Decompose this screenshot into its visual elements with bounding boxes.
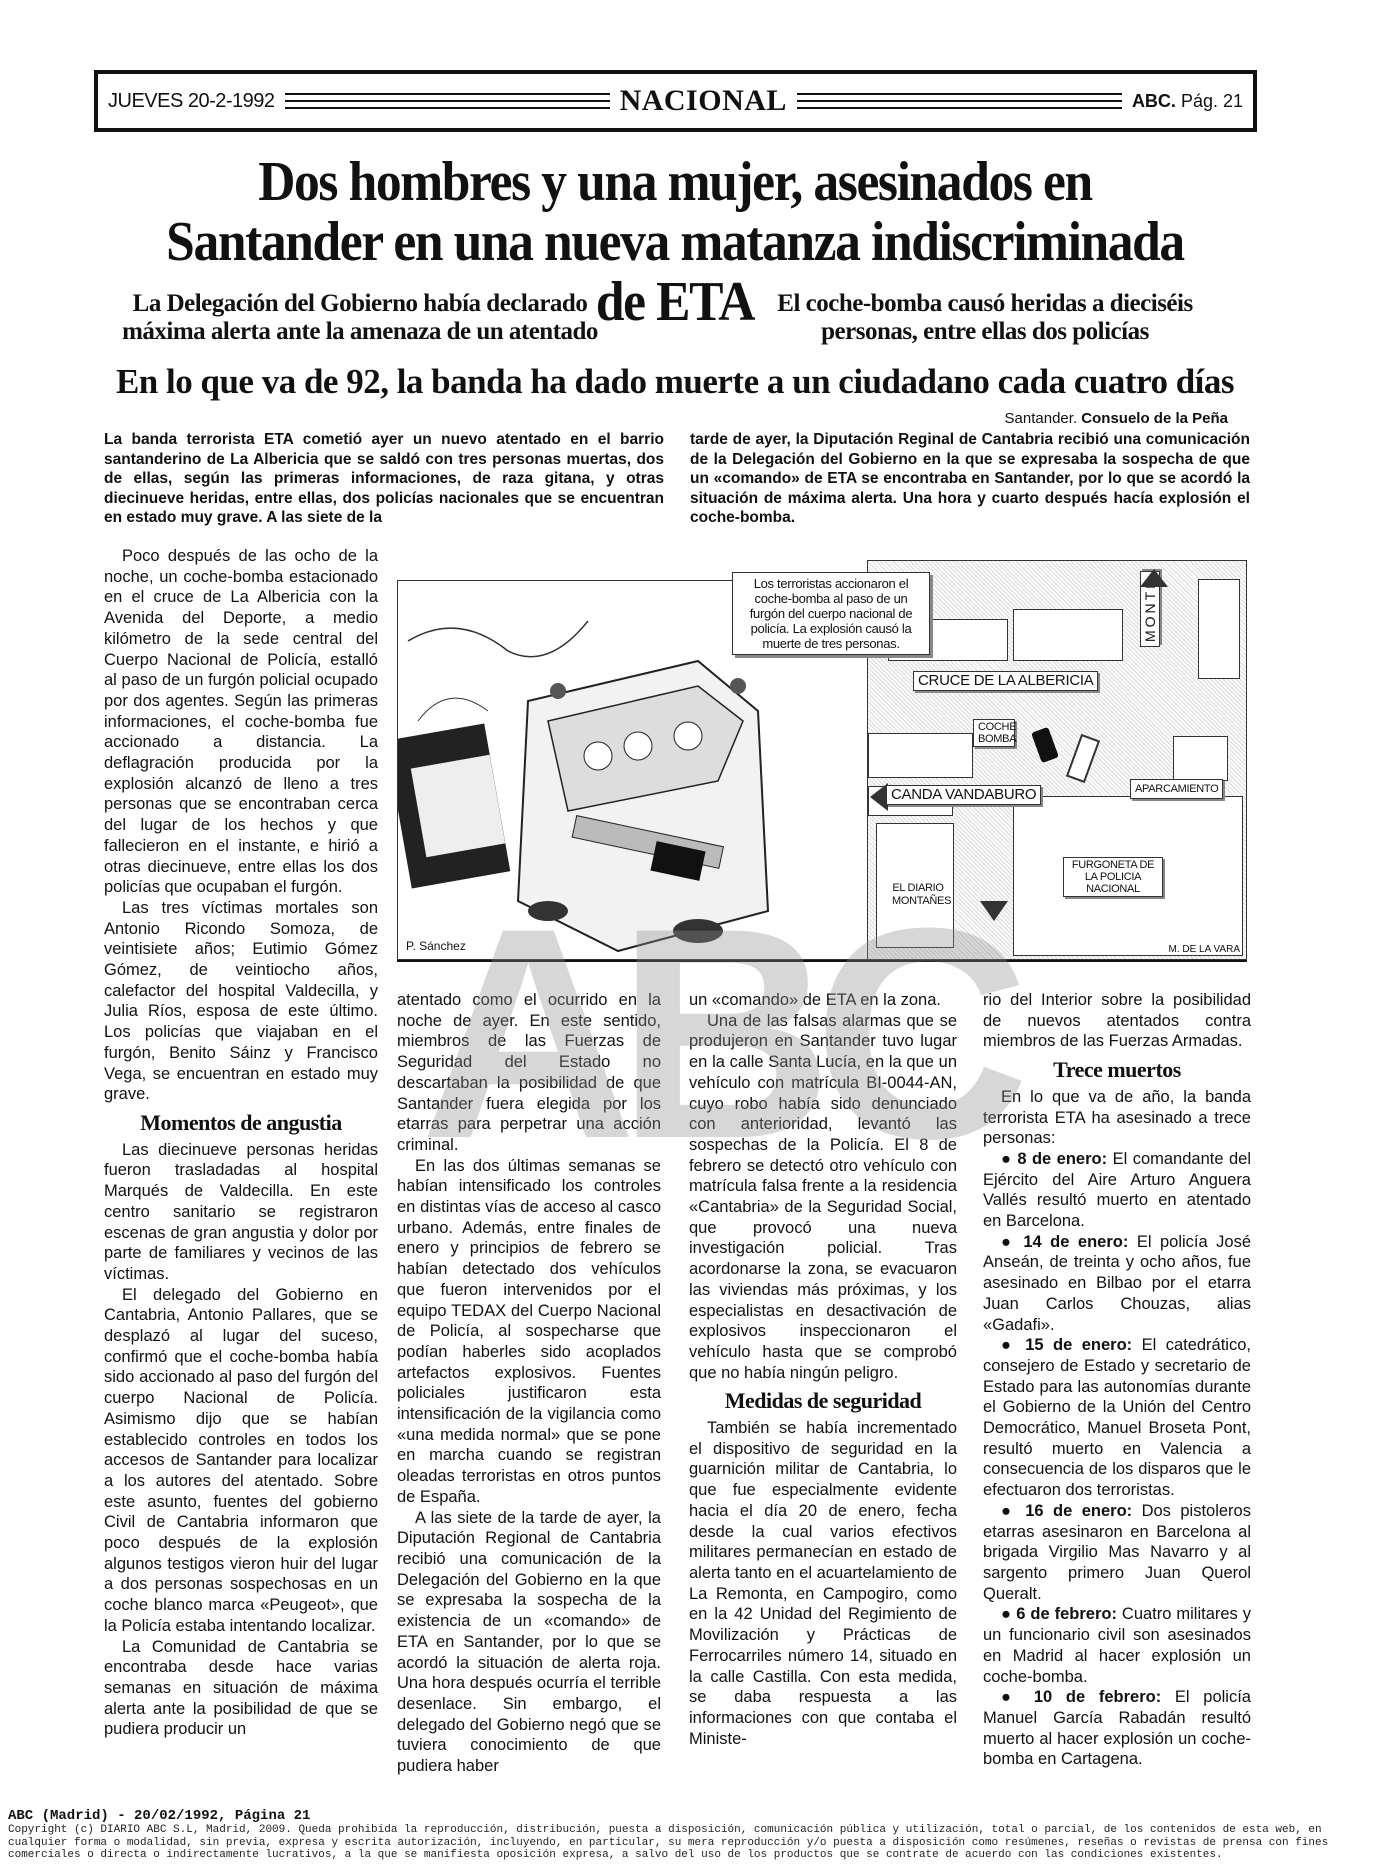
victim-list-item: ● 8 de enero: El comandante del Ejército…: [983, 1149, 1251, 1232]
victim-date: 6 de febrero:: [1016, 1605, 1117, 1623]
bullet-icon: ●: [1001, 1336, 1025, 1354]
label-coche-bomba: COCHE BOMBA: [973, 719, 1015, 747]
lead-paragraph-left: La banda terrorista ETA cometió ayer un …: [104, 430, 664, 528]
paragraph: En lo que va de año, la banda terrorista…: [983, 1087, 1251, 1149]
bullet-icon: ●: [1001, 1150, 1017, 1168]
archive-reference: ABC (Madrid) - 20/02/1992, Página 21: [8, 1808, 1378, 1824]
header-rule-left: [285, 93, 610, 109]
column-2: atentado como el ocurrido en la noche de…: [397, 990, 661, 1777]
illustration-diagram: P. Sánchez Los terroristas accionaron el…: [397, 560, 1247, 962]
subheading-trece-muertos: Trece muertos: [983, 1060, 1251, 1081]
byline-author: Consuelo de la Peña: [1081, 410, 1228, 427]
map-building: [1013, 609, 1123, 661]
subhead-right: El coche-bomba causó heridas a dieciséis…: [735, 290, 1235, 346]
illustrator-credit: P. Sánchez: [406, 939, 466, 953]
section-title: NACIONAL: [620, 84, 787, 118]
publication-name: ABC.: [1132, 91, 1176, 111]
victim-date: 16 de enero:: [1025, 1502, 1132, 1520]
map-building: [1173, 736, 1228, 781]
byline-place: Santander.: [1005, 410, 1078, 427]
page-label: Pág. 21: [1181, 91, 1243, 111]
arrow-up-icon: [1140, 569, 1168, 587]
paragraph: un «comando» de ETA en la zona.: [689, 990, 957, 1011]
victim-text: El catedrático, consejero de Estado y se…: [983, 1336, 1251, 1499]
issue-date: JUEVES 20-2-1992: [108, 90, 275, 113]
paragraph: La Comunidad de Cantabria se encontraba …: [104, 1637, 378, 1741]
lead-paragraph-right: tarde de ayer, la Diputación Reginal de …: [690, 430, 1250, 528]
column-3: un «comando» de ETA en la zona. Una de l…: [689, 990, 957, 1749]
label-aparcamiento: APARCAMIENTO: [1130, 779, 1223, 799]
page-header: JUEVES 20-2-1992 NACIONAL ABC. Pág. 21: [94, 70, 1257, 132]
paragraph: Las tres víctimas mortales son Antonio R…: [104, 898, 378, 1105]
paragraph: Una de las falsas alarmas que se produje…: [689, 1011, 957, 1384]
subhead-left: La Delegación del Gobierno había declara…: [110, 290, 610, 346]
bullet-icon: ●: [1001, 1502, 1025, 1520]
label-diario-montanes: EL DIARIO MONTAÑES: [888, 881, 948, 909]
page-footer: ABC (Madrid) - 20/02/1992, Página 21 Cop…: [8, 1808, 1378, 1862]
copyright-notice: Copyright (c) DIARIO ABC S.L, Madrid, 20…: [8, 1824, 1378, 1862]
paragraph: También se había incrementado el disposi…: [689, 1418, 957, 1749]
victim-list-item: ● 15 de enero: El catedrático, consejero…: [983, 1335, 1251, 1501]
bullet-icon: ●: [1001, 1605, 1016, 1623]
deck: En lo que va de 92, la banda ha dado mue…: [100, 362, 1250, 402]
byline: Santander. Consuelo de la Peña: [1005, 410, 1228, 427]
victim-list-item: ● 10 de febrero: El policía Manuel Garcí…: [983, 1687, 1251, 1770]
label-furgoneta: FURGONETA DE LA POLICIA NACIONAL: [1063, 857, 1163, 897]
victim-list-item: ● 14 de enero: El policía José Anseán, d…: [983, 1232, 1251, 1336]
paragraph: atentado como el ocurrido en la noche de…: [397, 990, 661, 1156]
victim-date: 8 de enero:: [1017, 1150, 1107, 1168]
arrow-down-icon: [980, 901, 1008, 921]
victim-list-item: ● 16 de enero: Dos pistoleros etarras as…: [983, 1501, 1251, 1605]
map-credit: M. DE LA VARA: [1168, 944, 1240, 955]
map-building: [1198, 579, 1240, 679]
paragraph: En las dos últimas semanas se habían int…: [397, 1156, 661, 1508]
column-4: rio del Interior sobre la posibilidad de…: [983, 990, 1251, 1770]
victim-list-item: ● 6 de febrero: Cuatro militares y un fu…: [983, 1604, 1251, 1687]
bullet-icon: ●: [1001, 1688, 1034, 1706]
graphic-caption: Los terroristas accionaron el coche-bomb…: [732, 572, 930, 655]
bullet-icon: ●: [1001, 1233, 1023, 1251]
subheading-momentos-de-angustia: Momentos de angustia: [104, 1113, 378, 1134]
paragraph: A las siete de la tarde de ayer, la Dipu…: [397, 1508, 661, 1777]
header-rule-right: [797, 93, 1122, 109]
page-number: ABC. Pág. 21: [1132, 91, 1243, 112]
paragraph: Las diecinueve personas heridas fueron t…: [104, 1140, 378, 1285]
victim-date: 15 de enero:: [1025, 1336, 1132, 1354]
label-cruce-albericia: CRUCE DE LA ALBERICIA: [913, 671, 1098, 691]
victim-date: 14 de enero:: [1023, 1233, 1128, 1251]
map-building: [868, 733, 973, 778]
paragraph: Poco después de las ocho de la noche, un…: [104, 546, 378, 898]
subheading-medidas-de-seguridad: Medidas de seguridad: [689, 1391, 957, 1412]
column-1: Poco después de las ocho de la noche, un…: [104, 546, 378, 1740]
paragraph: rio del Interior sobre la posibilidad de…: [983, 990, 1251, 1052]
paragraph: El delegado del Gobierno en Cantabria, A…: [104, 1285, 378, 1637]
label-canda-vandaburo: CANDA VANDABURO: [886, 785, 1041, 805]
victim-date: 10 de febrero:: [1034, 1688, 1161, 1706]
